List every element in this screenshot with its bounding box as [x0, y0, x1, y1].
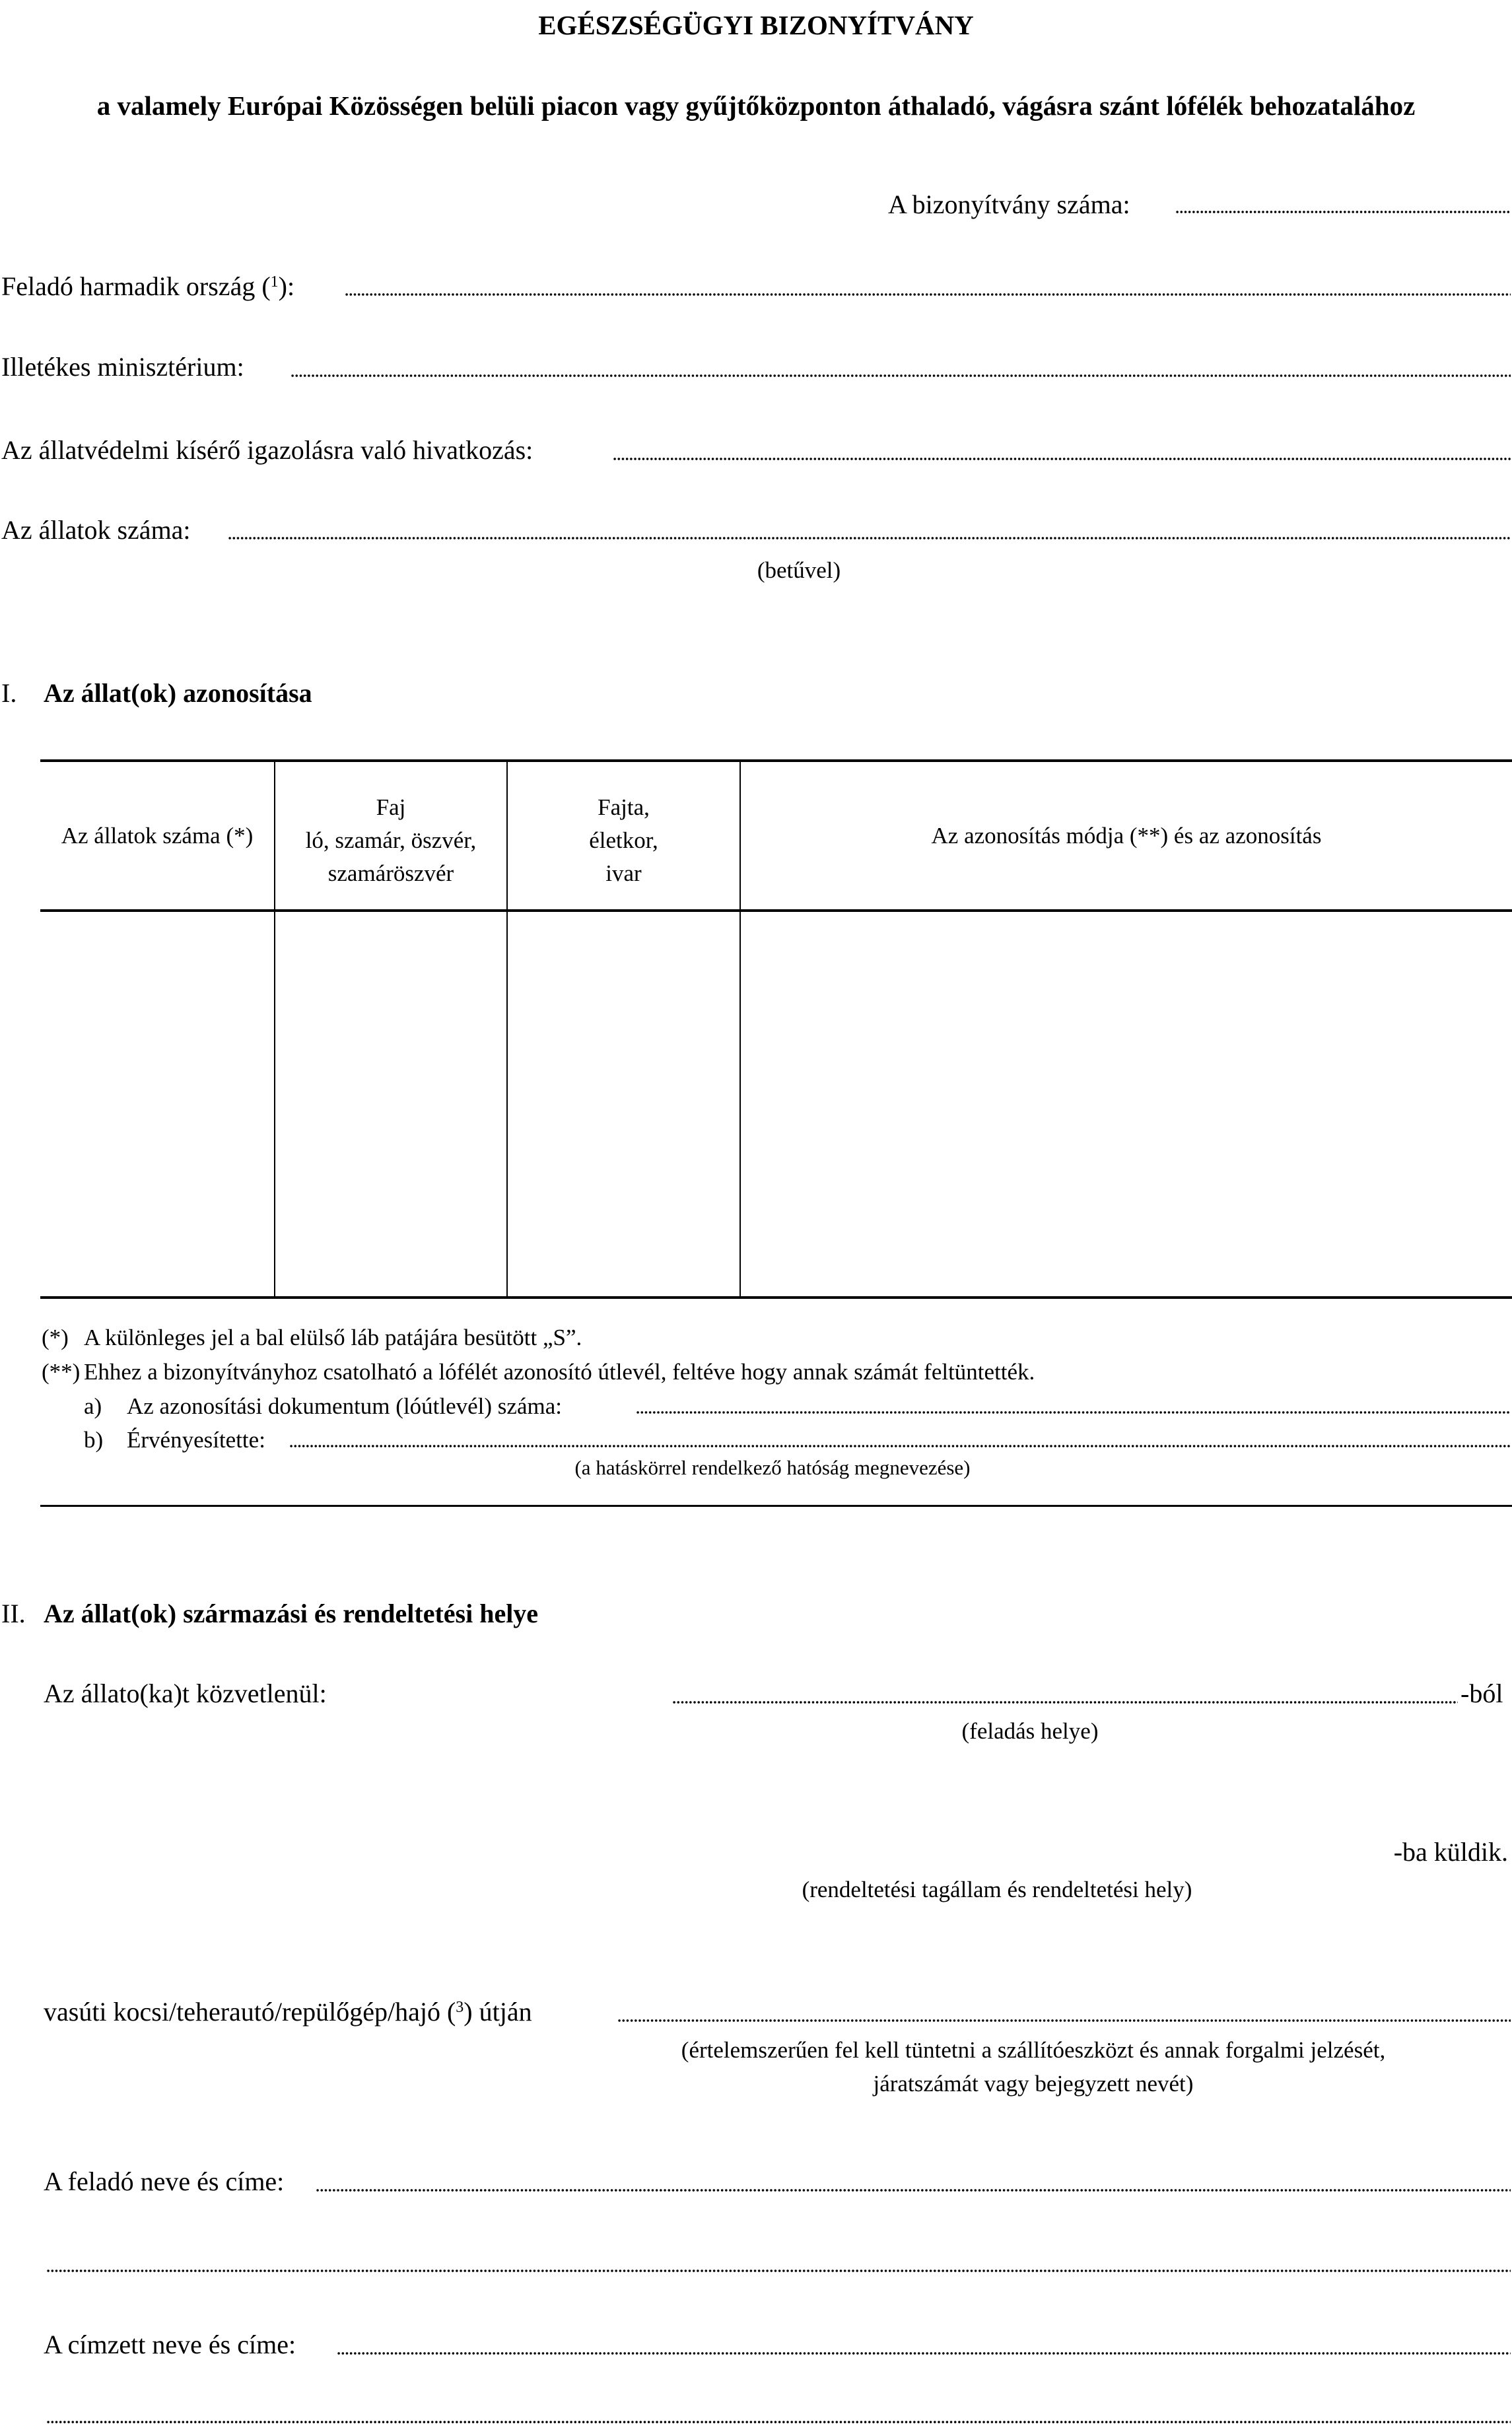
transport-hint-line-2: járatszámát vagy bejegyzett nevét) — [594, 2072, 1472, 2095]
table-cell-animal-count[interactable] — [42, 913, 273, 1295]
validated-by-field[interactable] — [289, 1444, 1511, 1448]
footnote-double-star-text: Ehhez a bizonyítványhoz csatolható a lóf… — [84, 1360, 1035, 1383]
certificate-number-field[interactable] — [1175, 210, 1511, 214]
section-1-number: I. — [1, 680, 17, 707]
sender-field-line-2[interactable] — [46, 2269, 1511, 2273]
table-cell-breed-age-sex[interactable] — [509, 913, 738, 1295]
table-header-rule — [40, 909, 1512, 912]
validated-by-hint: (a hatáskörrel rendelkező hatóság megnev… — [528, 1457, 1017, 1478]
table-bottom-rule — [40, 1296, 1512, 1299]
transport-field[interactable] — [617, 2019, 1511, 2023]
footnote-item-b-marker: b) — [84, 1428, 103, 1451]
welfare-reference-label: Az állatvédelmi kísérő igazolásra való h… — [1, 437, 533, 464]
table-header-identification: Az azonosítás módja (**) és az azonosítá… — [741, 824, 1512, 847]
section-1-heading: Az állat(ok) azonosítása — [44, 680, 312, 707]
footnote-star-marker: (*) — [42, 1326, 69, 1349]
ministry-label: Illetékes minisztérium: — [1, 354, 244, 380]
validated-by-label: Érvényesítette: — [127, 1428, 265, 1451]
passport-number-label: Az azonosítási dokumentum (lóútlevél) sz… — [127, 1395, 562, 1418]
document-subtitle: a valamely Európai Közösségen belüli pia… — [0, 92, 1512, 120]
table-cell-identification[interactable] — [742, 913, 1511, 1295]
transport-label: vasúti kocsi/teherautó/repülőgép/hajó (3… — [44, 1999, 532, 2025]
footnote-ref-1: 1 — [271, 273, 279, 291]
welfare-reference-field[interactable] — [613, 457, 1511, 461]
origin-suffix: -ból — [1460, 1681, 1503, 1707]
footnote-double-star-marker: (**) — [42, 1360, 80, 1383]
animal-count-field[interactable] — [228, 536, 1511, 540]
footnote-item-a-marker: a) — [84, 1395, 102, 1418]
sending-country-label: Feladó harmadik ország (1): — [1, 273, 294, 300]
table-header-animal-count: Az állatok száma (*) — [40, 824, 274, 847]
origin-label: Az állato(ka)t közvetlenül: — [44, 1681, 327, 1707]
table-top-rule — [40, 759, 1512, 762]
footnote-star-text: A különleges jel a bal elülső láb patájá… — [84, 1326, 582, 1349]
table-cell-species[interactable] — [277, 913, 505, 1295]
passport-number-field[interactable] — [636, 1410, 1511, 1414]
animal-count-hint: (betűvel) — [693, 559, 905, 582]
animal-count-label: Az állatok száma: — [1, 517, 191, 543]
sender-label: A feladó neve és címe: — [44, 2168, 284, 2195]
recipient-field-line-1[interactable] — [337, 2351, 1511, 2355]
table-header-breed-age-sex: Fajta, életkor, ivar — [508, 791, 739, 890]
sender-field-line-1[interactable] — [316, 2188, 1511, 2192]
footnote-ref-3: 3 — [456, 1999, 464, 2016]
destination-hint: (rendeltetési tagállam és rendeltetési h… — [759, 1878, 1235, 1901]
section-2-number: II. — [1, 1601, 26, 1627]
table-header-species: Faj ló, szamár, öszvér, szamáröszvér — [275, 791, 506, 890]
origin-hint: (feladás helye) — [911, 1719, 1149, 1743]
section-separator — [40, 1505, 1512, 1507]
origin-field[interactable] — [672, 1700, 1458, 1704]
document-title: EGÉSZSÉGÜGYI BIZONYÍTVÁNY — [0, 12, 1512, 39]
section-2-heading: Az állat(ok) származási és rendeltetési … — [44, 1601, 538, 1627]
ministry-field[interactable] — [291, 374, 1511, 378]
transport-hint-line-1: (értelemszerűen fel kell tüntetni a szál… — [594, 2038, 1472, 2062]
recipient-label: A címzett neve és címe: — [44, 2332, 296, 2358]
destination-suffix: -ba küldik. — [1394, 1839, 1508, 1865]
sending-country-field[interactable] — [345, 293, 1511, 296]
recipient-field-line-2[interactable] — [46, 2420, 1511, 2424]
certificate-number-label: A bizonyítvány száma: — [888, 191, 1130, 218]
destination-field[interactable] — [672, 1822, 1372, 1856]
